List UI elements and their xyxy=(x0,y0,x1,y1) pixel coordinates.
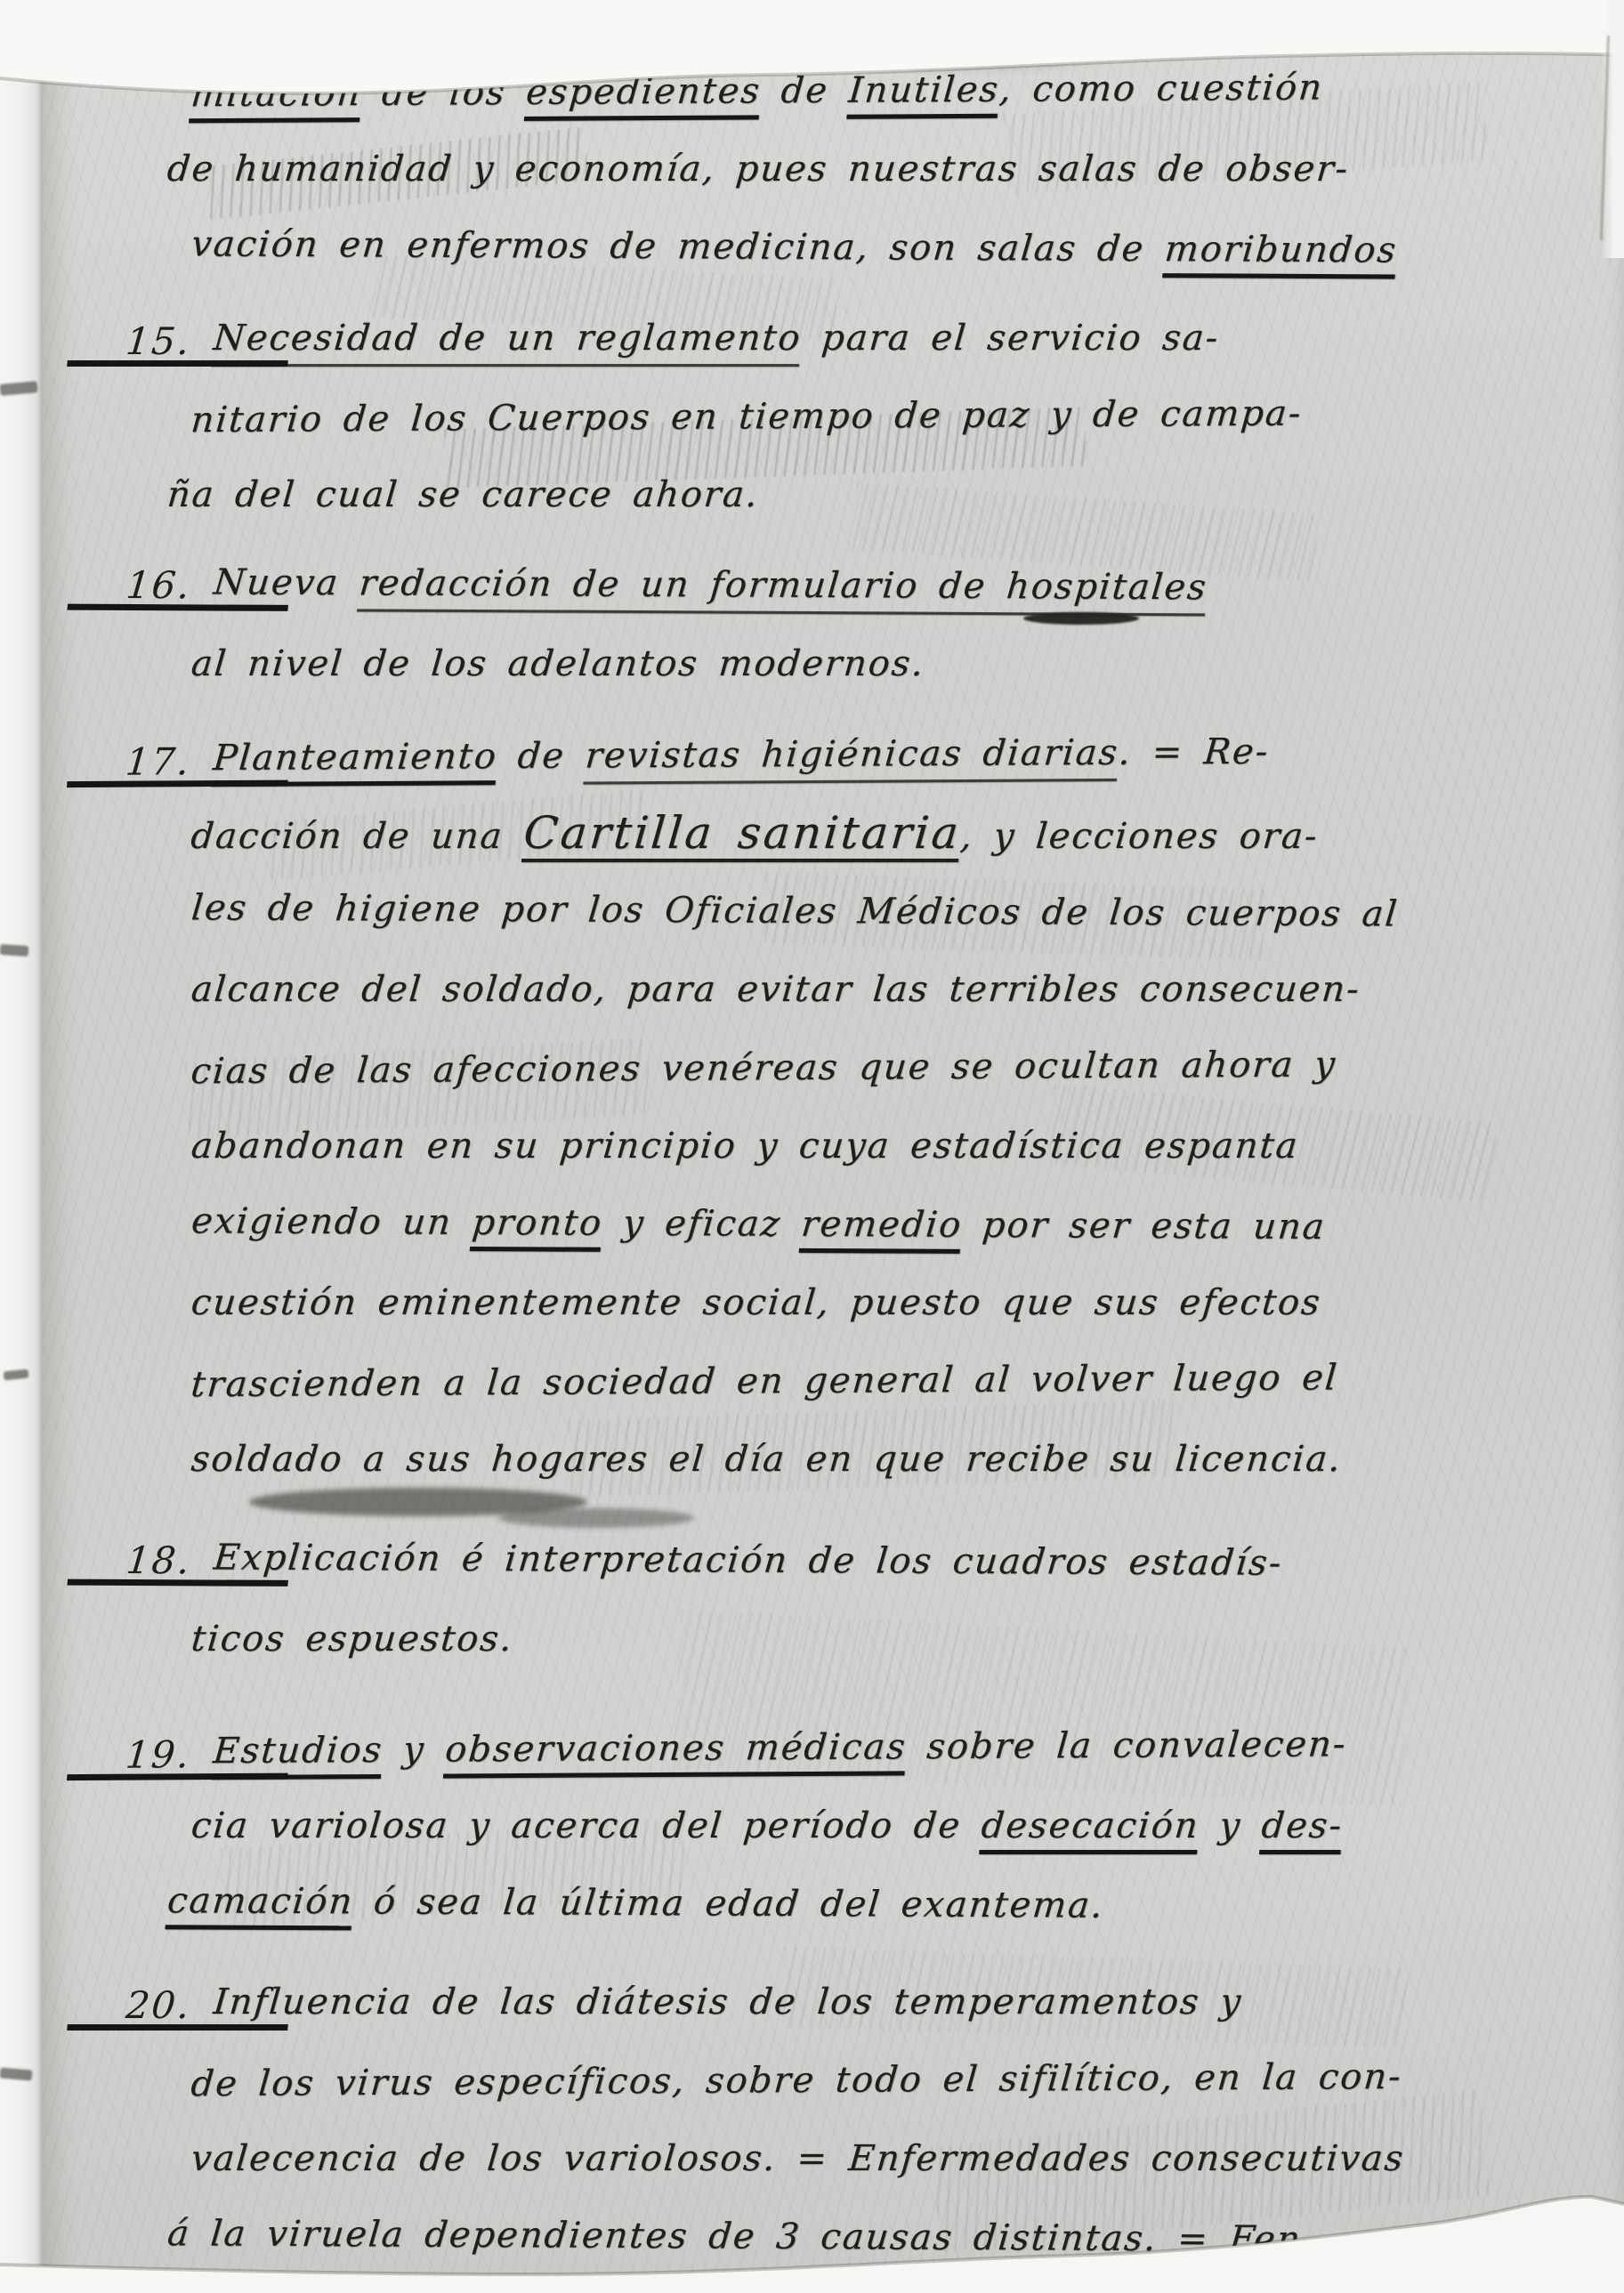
text-segment: sobre la convalecen- xyxy=(905,1724,1348,1767)
text-segment: de xyxy=(759,70,851,112)
text-segment: des- xyxy=(1260,1805,1345,1846)
item-number: 16. xyxy=(67,546,294,611)
handwritten-line: de humanidad y economía, pues nuestras s… xyxy=(0,130,1624,208)
text-segment: soldado a sus hogares el día en que reci… xyxy=(190,1439,1344,1480)
handwritten-line: dacción de una Cartilla sanitaria, y lec… xyxy=(0,794,1624,872)
scan-left-margin-strip xyxy=(0,0,43,2293)
item-number: 19. xyxy=(67,1716,293,1781)
text-segment: cias de las afecciones venéreas que se o… xyxy=(190,1044,1338,1092)
text-segment: y xyxy=(381,1730,447,1771)
handwritten-line: ña del cual se carece ahora. xyxy=(0,456,1624,534)
text-segment: , y lecciones ora- xyxy=(958,816,1320,857)
text-segment: nitario de los Cuerpos en tiempo de paz … xyxy=(190,393,1304,441)
handwritten-line: á la viruela dependientes de 3 causas di… xyxy=(0,2193,1624,2281)
handwritten-line: alcance del soldado, para evitar las ter… xyxy=(0,950,1624,1029)
handwritten-line: vación en enfermos de medicina, son sala… xyxy=(0,204,1624,291)
text-segment: Influencia de las diátesis de los temper… xyxy=(212,1982,1244,2023)
handwritten-text-block: mitación de los espedientes de Inutiles,… xyxy=(0,0,1624,2276)
text-segment: Explicación é interpretación de los cuad… xyxy=(212,1537,1284,1583)
item-number: 18. xyxy=(67,1522,294,1587)
handwritten-line: cias de las afecciones venéreas que se o… xyxy=(0,1023,1624,1111)
text-segment: á la viruela dependientes de 3 causas di… xyxy=(166,2213,1317,2260)
text-segment: Necesidad de un reglamento xyxy=(212,318,804,359)
text-segment: . = Re- xyxy=(1117,731,1271,773)
handwritten-line: valecencia de los variolosos. = Enfermed… xyxy=(0,2119,1624,2198)
text-segment: mitación xyxy=(190,73,364,115)
text-segment: ña del cual se carece ahora. xyxy=(166,474,761,515)
text-segment: pronto xyxy=(471,1202,605,1244)
handwritten-line: ticos espuestos. xyxy=(0,1600,1624,1678)
text-segment: para el servicio sa- xyxy=(800,318,1222,359)
text-segment: remedio xyxy=(799,1204,964,1246)
text-segment: Cartilla sanitaria xyxy=(521,807,963,859)
text-segment: revistas higiénicas diarias xyxy=(584,732,1120,777)
handwritten-line: 20.Influencia de las diátesis de los tem… xyxy=(0,1963,1624,2041)
text-segment: moribundos xyxy=(1163,229,1399,270)
text-segment: valecencia de los variolosos. = Enfermed… xyxy=(190,2138,1406,2179)
item-number: 20. xyxy=(67,1966,293,2031)
text-segment: y xyxy=(1198,1805,1264,1846)
text-segment: espedientes xyxy=(524,70,762,113)
text-segment: les de higiene por los Oficiales Médicos… xyxy=(190,887,1400,934)
handwritten-line: mitación de los espedientes de Inutiles,… xyxy=(0,46,1624,134)
handwritten-line: soldado a sus hogares el día en que reci… xyxy=(0,1420,1624,1498)
handwritten-line: cuestión eminentemente social, puesto qu… xyxy=(0,1264,1624,1342)
text-segment: vación en enfermos de medicina, son sala… xyxy=(190,223,1167,270)
handwritten-line: nitario de los Cuerpos en tiempo de paz … xyxy=(0,372,1624,460)
text-segment: de xyxy=(496,736,587,778)
handwritten-line: 17.Planteamiento de revistas higiénicas … xyxy=(0,710,1624,798)
handwritten-line: trascienden a la sociedad en general al … xyxy=(0,1336,1624,1425)
handwritten-line: abandonan en su principio y cuya estadís… xyxy=(0,1107,1624,1185)
text-segment: desecación xyxy=(980,1805,1201,1846)
text-segment: dacción de una xyxy=(190,816,526,857)
handwritten-line: al nivel de los adelantos modernos. xyxy=(0,625,1624,703)
text-segment: al nivel de los adelantos modernos. xyxy=(190,643,926,684)
handwritten-line: 19.Estudios y observaciones médicas sobr… xyxy=(0,1703,1624,1791)
text-segment: por ser esta una xyxy=(960,1205,1328,1247)
handwritten-line: 18.Explicación é interpretación de los c… xyxy=(0,1517,1624,1604)
text-segment: cia variolosa y acerca del período de xyxy=(190,1805,983,1846)
text-segment: ticos espuestos. xyxy=(190,1619,515,1659)
handwritten-line: 15.Necesidad de un reglamento para el se… xyxy=(0,299,1624,377)
text-segment: exigiendo un xyxy=(190,1200,474,1243)
text-segment: alcance del soldado, para evitar las ter… xyxy=(190,969,1362,1010)
text-segment: , como cuestión xyxy=(998,67,1325,109)
handwritten-line: exigiendo un pronto y eficaz remedio por… xyxy=(0,1181,1624,1268)
text-segment: Inutiles xyxy=(847,69,1001,111)
text-segment: camación xyxy=(166,1880,355,1922)
text-segment: cuestión eminentemente social, puesto qu… xyxy=(190,1282,1323,1323)
handwritten-line: camación ó sea la última edad del exante… xyxy=(0,1861,1624,1948)
text-segment: de humanidad y economía, pues nuestras s… xyxy=(166,149,1351,190)
text-segment: abandonan en su principio y cuya estadís… xyxy=(190,1126,1301,1167)
text-segment: y eficaz xyxy=(601,1203,804,1245)
item-number: 17. xyxy=(67,723,293,788)
text-segment: de los virus específicos, sobre todo el … xyxy=(190,2056,1404,2104)
text-segment: observaciones médicas xyxy=(444,1726,909,1770)
fold-crease xyxy=(0,944,28,957)
item-number: 15. xyxy=(67,303,293,367)
handwritten-line: de los virus específicos, sobre todo el … xyxy=(0,2036,1624,2124)
handwritten-line: 16.Nueva redacción de un formulario de h… xyxy=(0,542,1624,629)
text-segment: ó sea la última edad del exantema. xyxy=(351,1881,1106,1926)
text-segment: redacción de un formulario de hospitales xyxy=(358,562,1209,608)
handwritten-line: les de higiene por los Oficiales Médicos… xyxy=(0,868,1624,955)
text-segment: de los xyxy=(360,72,529,114)
text-segment: trascienden a la sociedad en general al … xyxy=(190,1357,1340,1405)
handwritten-line: cia variolosa y acerca del período de de… xyxy=(0,1787,1624,1865)
